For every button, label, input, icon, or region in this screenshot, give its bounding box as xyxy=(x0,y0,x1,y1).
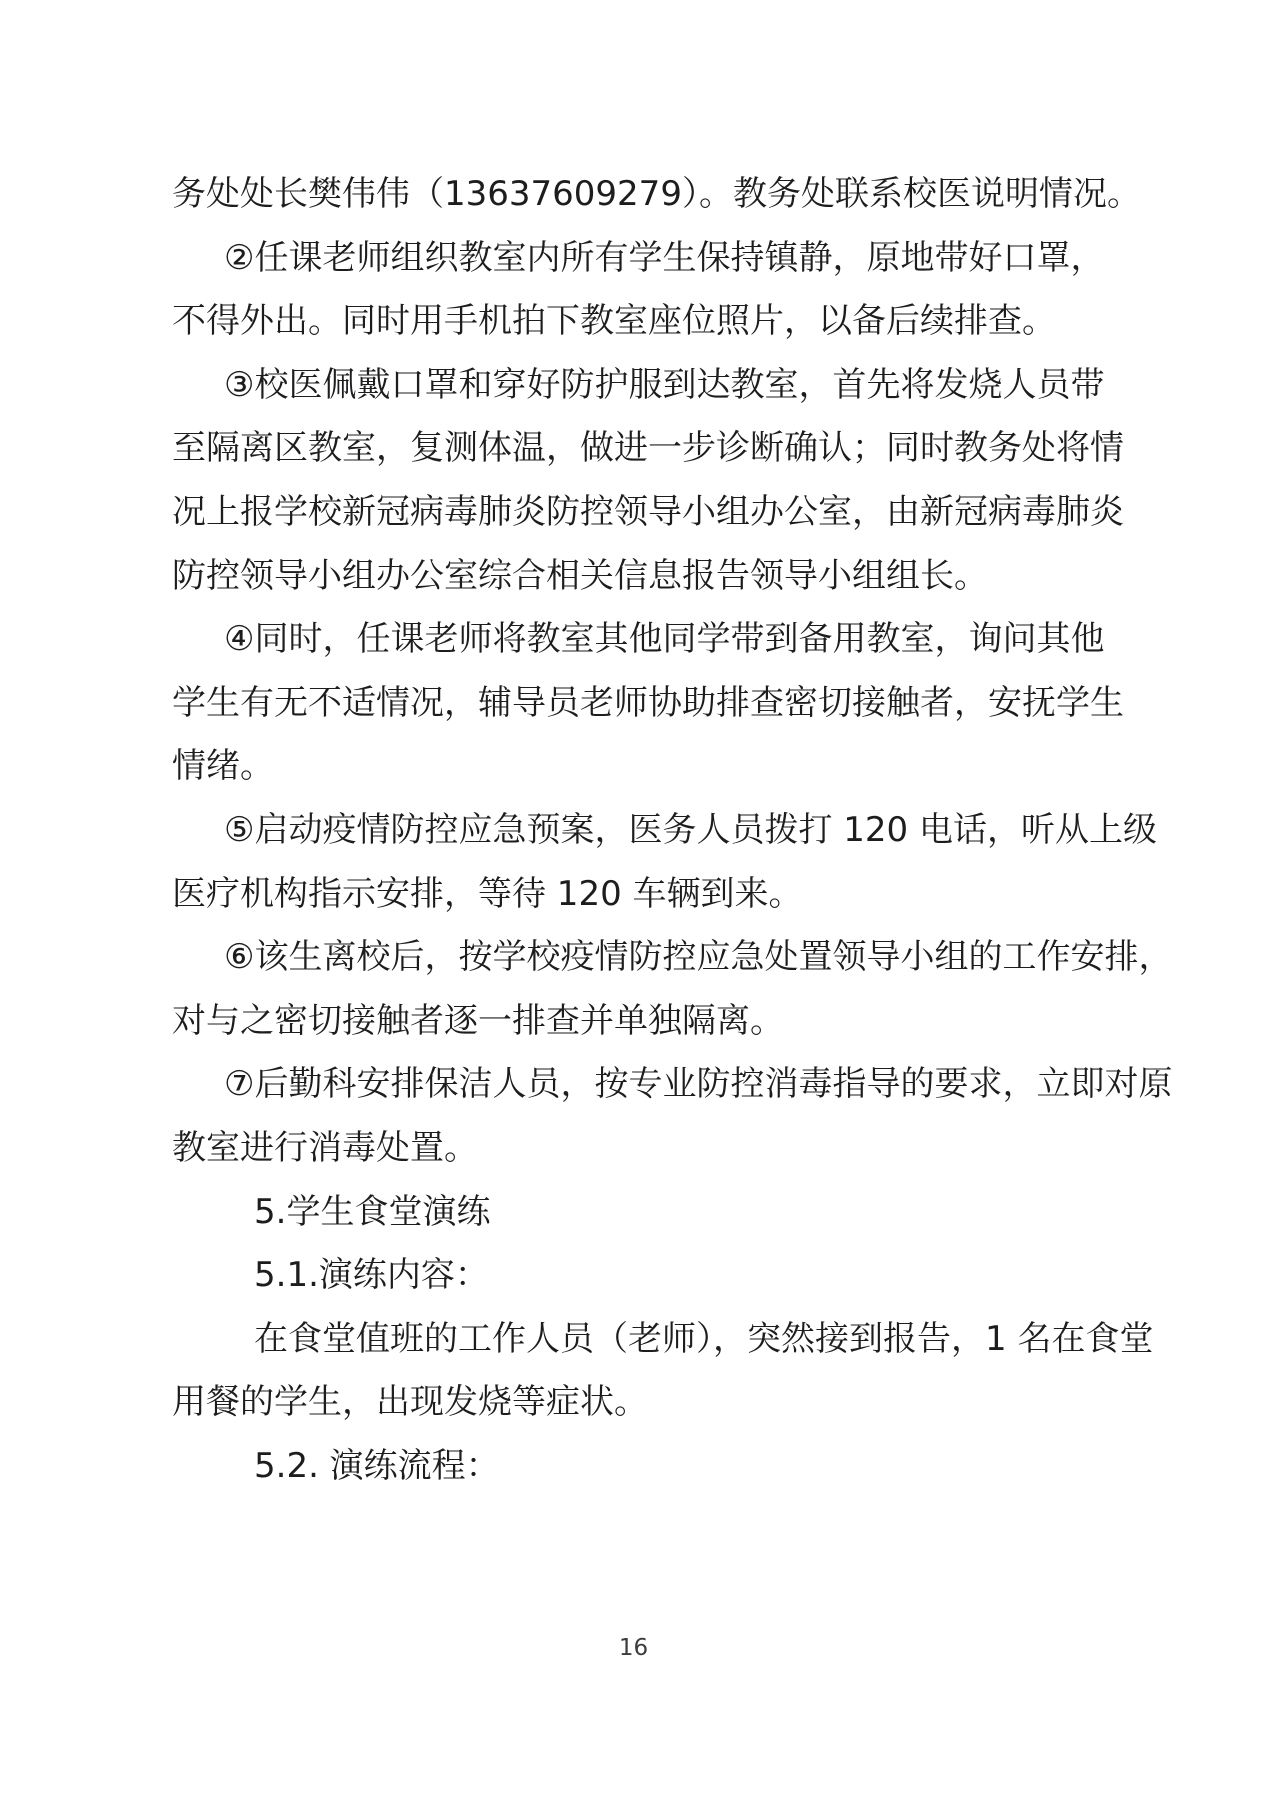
text-line: 情绪。 xyxy=(172,735,1084,799)
page-number: 16 xyxy=(0,1633,1267,1663)
text-line: 学生有无不适情况，辅导员老师协助排查密切接触者，安抚学生 xyxy=(172,672,1084,736)
text-line: 教室进行消毒处置。 xyxy=(172,1117,1084,1181)
text-line: 至隔离区教室，复测体温，做进一步诊断确认；同时教务处将情 xyxy=(172,417,1084,481)
text-line: ②任课老师组织教室内所有学生保持镇静，原地带好口罩， xyxy=(172,227,1084,291)
text-line: ⑦后勤科安排保洁人员，按专业防控消毒指导的要求，立即对原 xyxy=(172,1053,1084,1117)
text-line: 5.学生食堂演练 xyxy=(172,1181,1084,1245)
text-line: 防控领导小组办公室综合相关信息报告领导小组组长。 xyxy=(172,545,1084,609)
text-line: 务处处长樊伟伟（13637609279）。教务处联系校医说明情况。 xyxy=(172,163,1084,227)
text-line: 医疗机构指示安排，等待 120 车辆到来。 xyxy=(172,863,1084,927)
text-line: 在食堂值班的工作人员（老师），突然接到报告，1 名在食堂 xyxy=(172,1308,1084,1372)
text-line: ④同时，任课老师将教室其他同学带到备用教室，询问其他 xyxy=(172,608,1084,672)
text-line: 况上报学校新冠病毒肺炎防控领导小组办公室，由新冠病毒肺炎 xyxy=(172,481,1084,545)
text-line: 用餐的学生，出现发烧等症状。 xyxy=(172,1371,1084,1435)
text-line: 对与之密切接触者逐一排查并单独隔离。 xyxy=(172,990,1084,1054)
text-line: ③校医佩戴口罩和穿好防护服到达教室，首先将发烧人员带 xyxy=(172,354,1084,418)
text-line: ⑥该生离校后，按学校疫情防控应急处置领导小组的工作安排， xyxy=(172,926,1084,990)
document-body: 务处处长樊伟伟（13637609279）。教务处联系校医说明情况。②任课老师组织… xyxy=(172,163,1084,1498)
text-line: 不得外出。同时用手机拍下教室座位照片，以备后续排查。 xyxy=(172,290,1084,354)
document-page: 务处处长樊伟伟（13637609279）。教务处联系校医说明情况。②任课老师组织… xyxy=(0,0,1267,1793)
text-line: 5.1.演练内容： xyxy=(172,1244,1084,1308)
text-line: ⑤启动疫情防控应急预案，医务人员拨打 120 电话，听从上级 xyxy=(172,799,1084,863)
text-line: 5.2. 演练流程： xyxy=(172,1435,1084,1499)
